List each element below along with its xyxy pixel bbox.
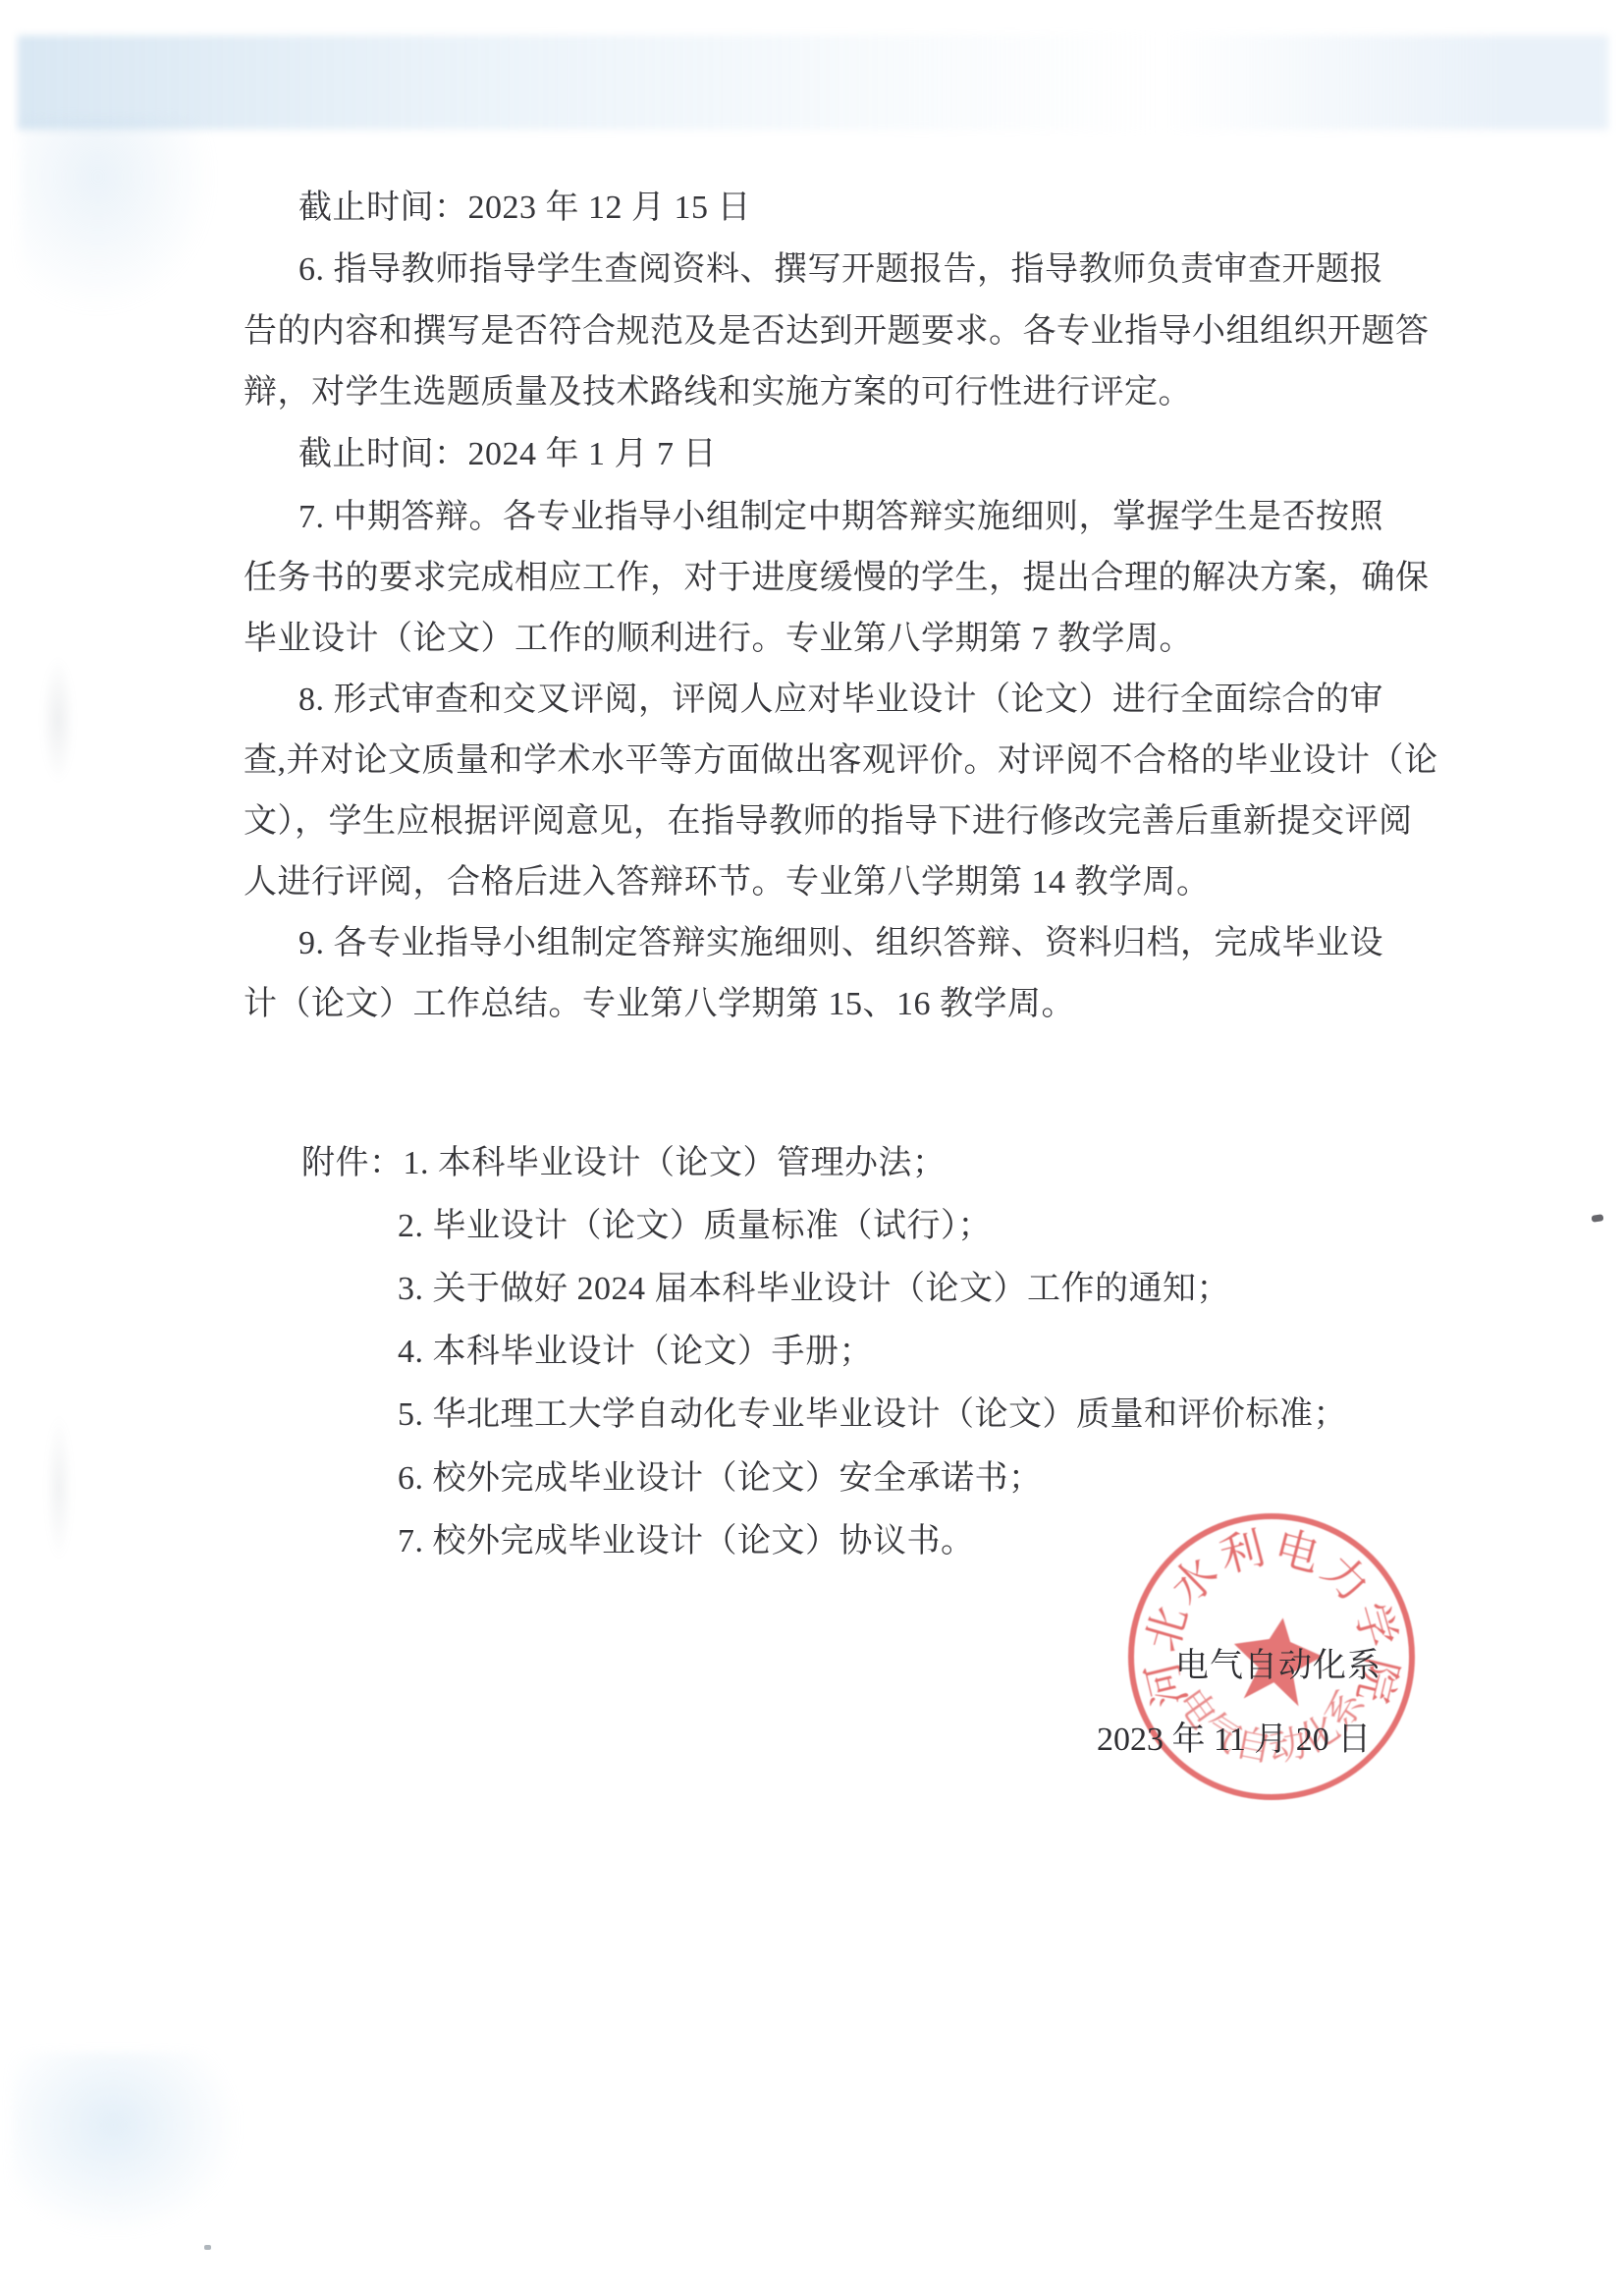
scan-artifact-speck — [1592, 1214, 1604, 1223]
body-line-item7-1: 7. 中期答辩。各专业指导小组制定中期答辩实施细则，掌握学生是否按照 — [298, 497, 1383, 538]
attachment-item-4: 4. 本科毕业设计（论文）手册； — [398, 1332, 873, 1373]
body-line-item7-3: 毕业设计（论文）工作的顺利进行。专业第八学期第 7 教学周。 — [244, 619, 1193, 660]
scanned-document-page: 截止时间：2023 年 12 月 15 日 6. 指导教师指导学生查阅资料、撰写… — [0, 0, 1624, 2296]
scan-artifact-bottom-left — [12, 2052, 238, 2234]
attachment-item-5: 5. 华北理工大学自动化专业毕业设计（论文）质量和评价标准； — [398, 1394, 1347, 1436]
signature-department: 电气自动化系 — [1175, 1646, 1381, 1687]
scan-artifact-speck — [204, 2245, 211, 2250]
body-line-item6-2: 告的内容和撰写是否符合规范及是否达到开题要求。各专业指导小组组织开题答 — [244, 311, 1430, 353]
body-line-item8-3: 文），学生应根据评阅意见，在指导教师的指导下进行修改完善后重新提交评阅 — [244, 801, 1413, 843]
scan-artifact-left-smudge — [41, 656, 75, 784]
attachment-item-3: 3. 关于做好 2024 届本科毕业设计（论文）工作的通知； — [398, 1269, 1230, 1310]
body-line-item6-1: 6. 指导教师指导学生查阅资料、撰写开题报告，指导教师负责审查开题报 — [298, 249, 1383, 291]
attachment-item-1: 附件：1. 本科毕业设计（论文）管理办法； — [301, 1143, 947, 1184]
scan-artifact-left-smudge — [45, 1414, 73, 1561]
signature-date: 2023 年 11 月 20 日 — [1097, 1720, 1371, 1761]
body-line-deadline-1: 截止时间：2023 年 12 月 15 日 — [298, 188, 751, 229]
body-line-item6-3: 辩，对学生选题质量及技术路线和实施方案的可行性进行评定。 — [244, 372, 1192, 413]
scan-artifact-top-left — [20, 118, 216, 314]
attachment-item-7: 7. 校外完成毕业设计（论文）协议书。 — [398, 1521, 975, 1562]
body-line-deadline-2: 截止时间：2024 年 1 月 7 日 — [298, 434, 717, 475]
body-line-item8-4: 人进行评阅，合格后进入答辩环节。专业第八学期第 14 教学周。 — [244, 862, 1211, 903]
body-line-item7-2: 任务书的要求完成相应工作，对于进度缓慢的学生，提出合理的解决方案，确保 — [244, 558, 1430, 599]
body-line-item9-2: 计（论文）工作总结。专业第八学期第 15、16 教学周。 — [244, 984, 1075, 1025]
body-line-item9-1: 9. 各专业指导小组制定答辩实施细则、组织答辩、资料归档，完成毕业设 — [298, 923, 1383, 964]
body-line-item8-2: 查,并对论文质量和学术水平等方面做出客观评价。对评阅不合格的毕业设计（论 — [244, 740, 1438, 782]
attachment-item-6: 6. 校外完成毕业设计（论文）安全承诺书； — [398, 1458, 1043, 1500]
scan-artifact-top-band — [18, 35, 1608, 130]
body-line-item8-1: 8. 形式审查和交叉评阅，评阅人应对毕业设计（论文）进行全面综合的审 — [298, 680, 1383, 721]
attachment-item-2: 2. 毕业设计（论文）质量标准（试行）； — [398, 1206, 992, 1247]
